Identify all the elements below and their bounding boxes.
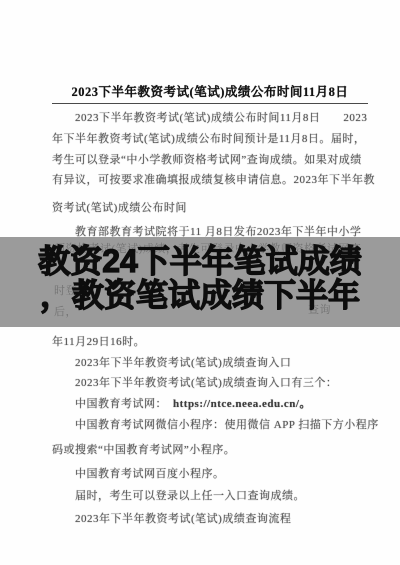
- body-line-9: 2023年下半年教资考试(笔试)成绩查询入口有三个：: [52, 373, 368, 394]
- title-divider: [52, 103, 368, 104]
- body-line-4: 有异议，可按要求准确填报成绩复核申请信息。2023年下半年教: [52, 170, 368, 191]
- overlay-headline-line2: ，教资笔试成绩下半年: [0, 278, 400, 312]
- headline-overlay-banner: 师资格考试(笔试)成绩，考生可登录中小学教师资格考试网查 时登 后， 查询 教资…: [0, 237, 400, 327]
- body-line-15: 2023年下半年教资考试(笔试)成绩查询流程: [52, 509, 368, 530]
- body-line-1: 2023下半年教资考试(笔试)成绩公布时间11月8日 2023: [52, 108, 368, 129]
- body-line-8: 2023年下半年教资考试(笔试)成绩查询入口: [52, 353, 368, 374]
- body-line-13: 中国教育考试网百度小程序。: [52, 464, 368, 485]
- body-line-11: 中国教育考试网微信小程序：使用微信 APP 扫描下方小程序: [52, 415, 368, 436]
- body-line-10: 中国教育考试网： https://ntce.neea.edu.cn/。: [52, 394, 368, 415]
- body-line-2: 年下半年教资考试(笔试)成绩公布时间预计是11月8日。届时，: [52, 129, 368, 150]
- body-line-14: 届时，考生可以登录以上任一入口查询成绩。: [52, 486, 368, 507]
- article-title: 2023下半年教资考试(笔试)成绩公布时间11月8日: [52, 83, 368, 101]
- body-line-3: 考生可以登录“中小学教师资格考试网”查询成绩。如果对成绩: [52, 150, 368, 171]
- article-page: 2023下半年教资考试(笔试)成绩公布时间11月8日 2023下半年教资考试(笔…: [0, 0, 400, 565]
- exam-site-url: https://ntce.neea.edu.cn/。: [173, 398, 311, 410]
- site-label: 中国教育考试网：: [75, 398, 173, 410]
- body-line-12: 码或搜索“中国教育考试网”小程序。: [52, 440, 368, 461]
- body-line-5: 资考试(笔试)成绩公布时间: [52, 198, 368, 219]
- body-line-7: 年11月29日16时。: [52, 332, 368, 353]
- overlay-headline-line1: 教资24下半年笔试成绩: [0, 244, 400, 278]
